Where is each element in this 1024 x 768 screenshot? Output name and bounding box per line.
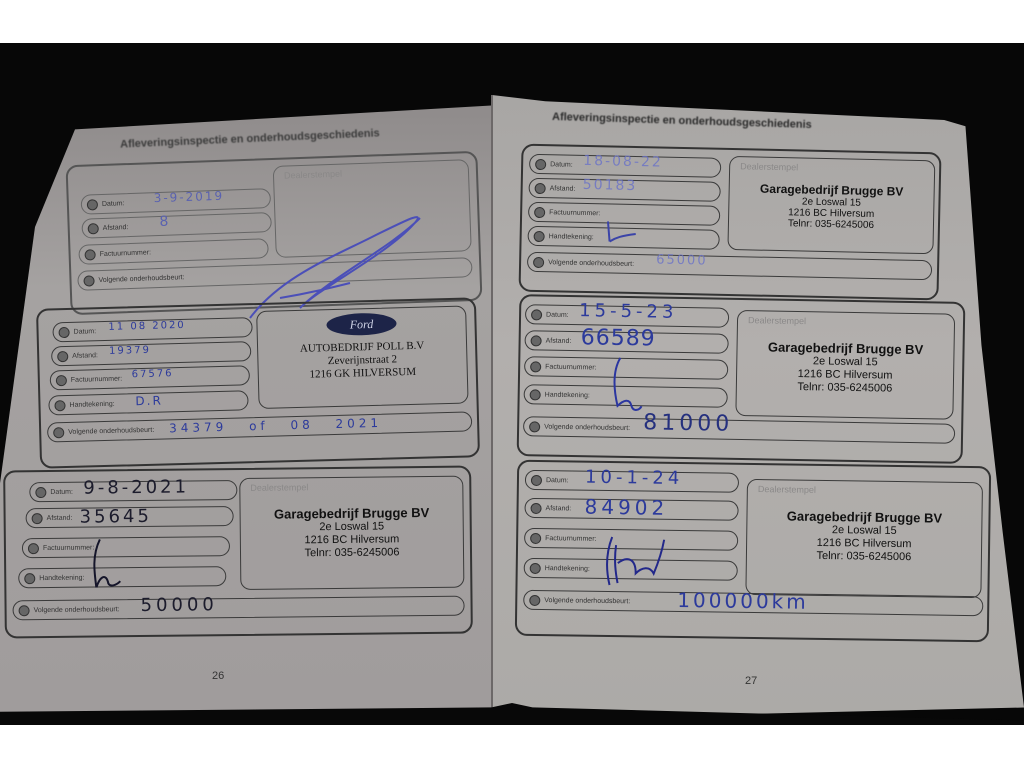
field-label: Afstand: xyxy=(546,505,572,512)
mileage-field: Afstand: xyxy=(51,341,251,366)
stamp-phone: Telnr: 035-6245006 xyxy=(241,546,463,561)
bullet-icon xyxy=(533,256,544,267)
field-label: Datum: xyxy=(546,477,569,484)
signature-scribble xyxy=(601,219,642,246)
field-label: Factuurnummer: xyxy=(545,535,596,543)
field-label: Datum: xyxy=(74,328,97,336)
stamp-label: Dealerstempel xyxy=(284,169,342,181)
field-label: Factuurnummer: xyxy=(71,375,123,383)
bullet-icon xyxy=(534,206,545,217)
bullet-icon xyxy=(84,249,95,260)
bullet-icon xyxy=(529,594,540,605)
bullet-icon xyxy=(531,502,542,513)
handwritten-mileage: 8 xyxy=(159,214,170,230)
bullet-icon xyxy=(56,375,67,386)
bullet-icon xyxy=(58,326,69,337)
handwritten-signature: D.R xyxy=(135,393,163,408)
field-label: Handtekening: xyxy=(545,565,590,573)
field-label: Datum: xyxy=(546,311,569,318)
bullet-icon xyxy=(530,532,541,543)
stamp-phone: Telnr: 035-6245006 xyxy=(747,549,981,565)
field-label: Factuurnummer: xyxy=(549,209,600,217)
dealer-stamp: Dealerstempel Garagebedrijf Brugge BV 2e… xyxy=(745,479,983,598)
right-entry-1: Datum: Afstand: Factuurnummer: Handteken… xyxy=(518,144,941,301)
signature-scribble xyxy=(86,535,127,593)
field-label: Handtekening: xyxy=(69,400,114,408)
field-label: Afstand: xyxy=(546,337,572,344)
signature-scribble xyxy=(601,533,682,590)
field-label: Afstand: xyxy=(47,514,73,521)
field-label: Volgende onderhoudsbeurt: xyxy=(34,606,120,614)
signature-scribble xyxy=(607,356,648,417)
bullet-icon xyxy=(57,350,68,361)
field-label: Handtekening: xyxy=(549,233,594,241)
bullet-icon xyxy=(88,223,99,234)
left-entry-3: Datum: Afstand: Factuurnummer: Handteken… xyxy=(3,466,473,639)
stamp-label: Dealerstempel xyxy=(250,482,308,493)
field-label: Datum: xyxy=(550,161,573,168)
handwritten-next-service: 81000 xyxy=(643,410,733,437)
bullet-icon xyxy=(529,421,540,432)
bullet-icon xyxy=(19,605,30,616)
field-label: Datum: xyxy=(50,488,73,495)
page-number-right: 27 xyxy=(745,675,757,687)
bullet-icon xyxy=(530,562,541,573)
bullet-icon xyxy=(54,400,65,411)
right-entry-3: Datum: Afstand: Factuurnummer: Handteken… xyxy=(515,460,991,643)
ford-logo-icon: Ford xyxy=(326,312,397,336)
booklet-spine xyxy=(491,95,493,720)
bullet-icon xyxy=(535,182,546,193)
handwritten-date: 9-8-2021 xyxy=(83,477,189,499)
dealer-stamp: Dealerstempel Garagebedrijf Brugge BV 2e… xyxy=(727,156,935,254)
field-label: Volgende onderhoudsbeurt: xyxy=(98,274,184,284)
bullet-icon xyxy=(87,199,98,210)
handwritten-mileage: 66589 xyxy=(580,325,655,351)
field-label: Datum: xyxy=(102,200,125,208)
bullet-icon xyxy=(530,389,541,400)
handwritten-date: 15-5-23 xyxy=(579,300,678,323)
bullet-icon xyxy=(531,309,542,320)
field-label: Handtekening: xyxy=(39,574,84,581)
next-service-field: Volgende onderhoudsbeurt: xyxy=(527,252,932,280)
bullet-icon xyxy=(531,474,542,485)
bullet-icon xyxy=(32,513,43,524)
bullet-icon xyxy=(83,275,94,286)
bullet-icon xyxy=(535,158,546,169)
handwritten-date: 3-9-2019 xyxy=(153,189,224,205)
dealer-stamp: Dealerstempel Garagebedrijf Brugge BV 2e… xyxy=(239,476,464,590)
field-label: Factuurnummer: xyxy=(545,363,596,371)
bullet-icon xyxy=(53,427,64,438)
field-label: Volgende onderhoudsbeurt: xyxy=(548,259,634,268)
handwritten-date: 18-08-22 xyxy=(583,153,663,171)
handwritten-mileage: 19379 xyxy=(109,345,151,357)
bullet-icon xyxy=(530,361,541,372)
next-service-field: Volgende onderhoudsbeurt: xyxy=(523,416,955,444)
bullet-icon xyxy=(534,230,545,241)
field-label: Volgende onderhoudsbeurt: xyxy=(544,597,630,605)
stamp-phone: Telnr: 035-6245006 xyxy=(737,380,953,397)
handwritten-invoice: 67576 xyxy=(132,368,174,380)
bullet-icon xyxy=(35,487,46,498)
field-label: Volgende onderhoudsbeurt: xyxy=(68,426,154,435)
bullet-icon xyxy=(24,573,35,584)
handwritten-next-service: 100000km xyxy=(677,588,809,614)
handwritten-mileage: 50183 xyxy=(583,177,638,194)
stamp-dealer-name: Garagebedrijf Brugge BV xyxy=(241,505,463,522)
left-entry-2: Datum: Afstand: Factuurnummer: Handteken… xyxy=(36,297,480,468)
handwritten-date: 10-1-24 xyxy=(585,467,684,489)
field-label: Afstand: xyxy=(103,224,129,232)
field-label: Afstand: xyxy=(72,352,98,360)
field-label: Handtekening: xyxy=(545,391,590,399)
page-number-left: 26 xyxy=(212,670,224,682)
dealer-stamp: Dealerstempel Garagebedrijf Brugge BV 2e… xyxy=(735,310,955,420)
handwritten-mileage: 84902 xyxy=(584,495,668,520)
bullet-icon xyxy=(28,543,39,554)
field-label: Volgende onderhoudsbeurt: xyxy=(544,423,630,432)
stamp-label: Dealerstempel xyxy=(748,315,806,326)
dealer-stamp-ford: Ford AUTOBEDRIJF POLL B.V Zeverijnstraat… xyxy=(256,306,468,409)
field-label: Afstand: xyxy=(550,185,576,193)
right-entry-2: Datum: Afstand: Factuurnummer: Handteken… xyxy=(517,294,966,464)
stamp-label: Dealerstempel xyxy=(740,161,798,172)
handwritten-date: 11 08 2020 xyxy=(108,320,186,333)
bullet-icon xyxy=(531,335,542,346)
field-label: Factuurnummer: xyxy=(100,249,152,258)
handwritten-mileage: 35645 xyxy=(80,506,152,528)
booklet-photo: Afleveringsinspectie en onderhoudsgeschi… xyxy=(0,43,1024,725)
next-service-field: Volgende onderhoudsbeurt: xyxy=(12,596,464,621)
stamp-label: Dealerstempel xyxy=(758,484,816,495)
handwritten-next-service: 65000 xyxy=(656,252,708,268)
handwritten-next-service: 50000 xyxy=(140,594,217,616)
